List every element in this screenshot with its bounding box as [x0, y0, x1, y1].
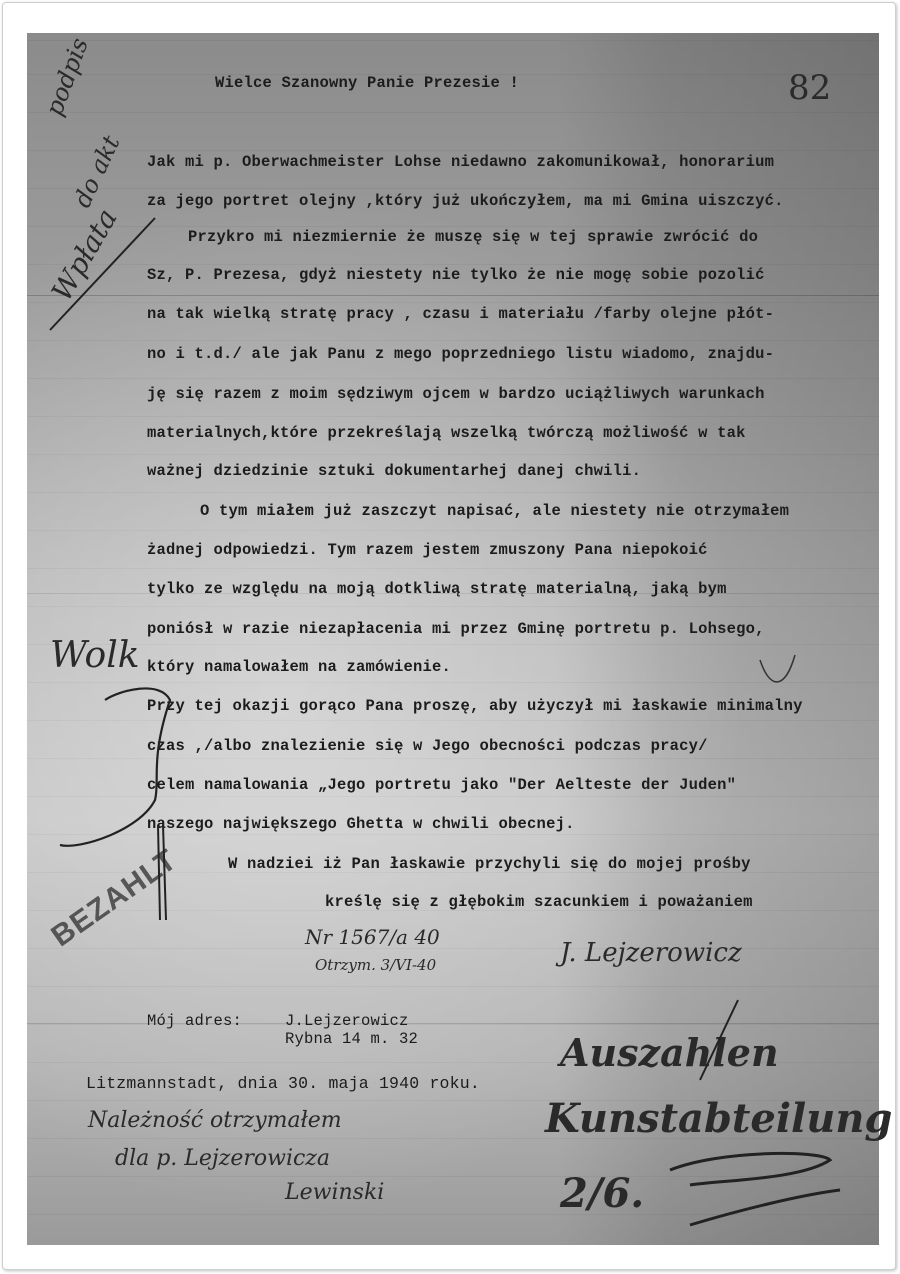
pen-strokes [0, 0, 900, 1274]
